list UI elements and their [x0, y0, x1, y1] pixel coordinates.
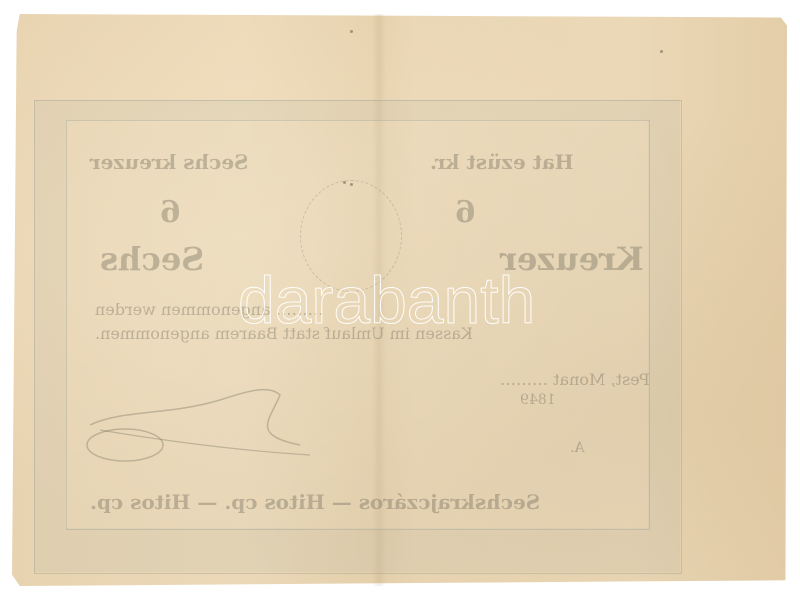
- mirrored-date: Pest, Monat ………: [500, 370, 650, 389]
- mirrored-header-left: Sechs kreuzer: [90, 150, 248, 174]
- mirrored-footer-text: Sechskrajczáros — Hitos cp. — Hitos cp.: [90, 490, 540, 514]
- paper-speck: [350, 30, 353, 33]
- mirrored-header-right: Hat ezüst kr.: [430, 150, 574, 174]
- mirrored-numeral-right: 6: [455, 195, 476, 230]
- mirrored-series-mark: A.: [570, 440, 585, 456]
- mirrored-numeral-left: 6: [160, 195, 181, 230]
- signature-icon: [80, 380, 330, 470]
- mirrored-denomination-left: Sechs: [100, 240, 204, 278]
- paper-speck: [343, 181, 346, 184]
- watermark-text: darabanth: [238, 262, 535, 338]
- paper-speck: [350, 183, 353, 186]
- paper-speck: [660, 50, 663, 53]
- mirrored-year: 1849: [520, 392, 556, 408]
